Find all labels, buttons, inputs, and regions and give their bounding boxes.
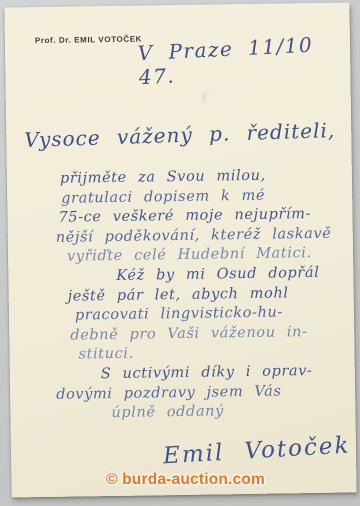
letter-paper: Prof. Dr. EMIL VOTOČEK V Praze 11/10 47.…	[4, 2, 356, 497]
salutation-line: Vysoce vážený p. řediteli,	[24, 118, 336, 152]
body-line: úplně oddaný	[56, 401, 348, 425]
scanned-letter-photo: Prof. Dr. EMIL VOTOČEK V Praze 11/10 47.…	[0, 0, 360, 506]
auction-watermark: © burda-auction.com	[106, 471, 265, 489]
handwritten-date: V Praze 11/10 47.	[137, 31, 351, 89]
letter-body: přijměte za Svou milou, gratulaci dopise…	[53, 166, 349, 425]
ink-smudge	[201, 89, 216, 105]
signature-emil-votocek: Emil Votoček	[162, 432, 351, 469]
letterhead-printed-name: Prof. Dr. EMIL VOTOČEK	[35, 35, 142, 46]
